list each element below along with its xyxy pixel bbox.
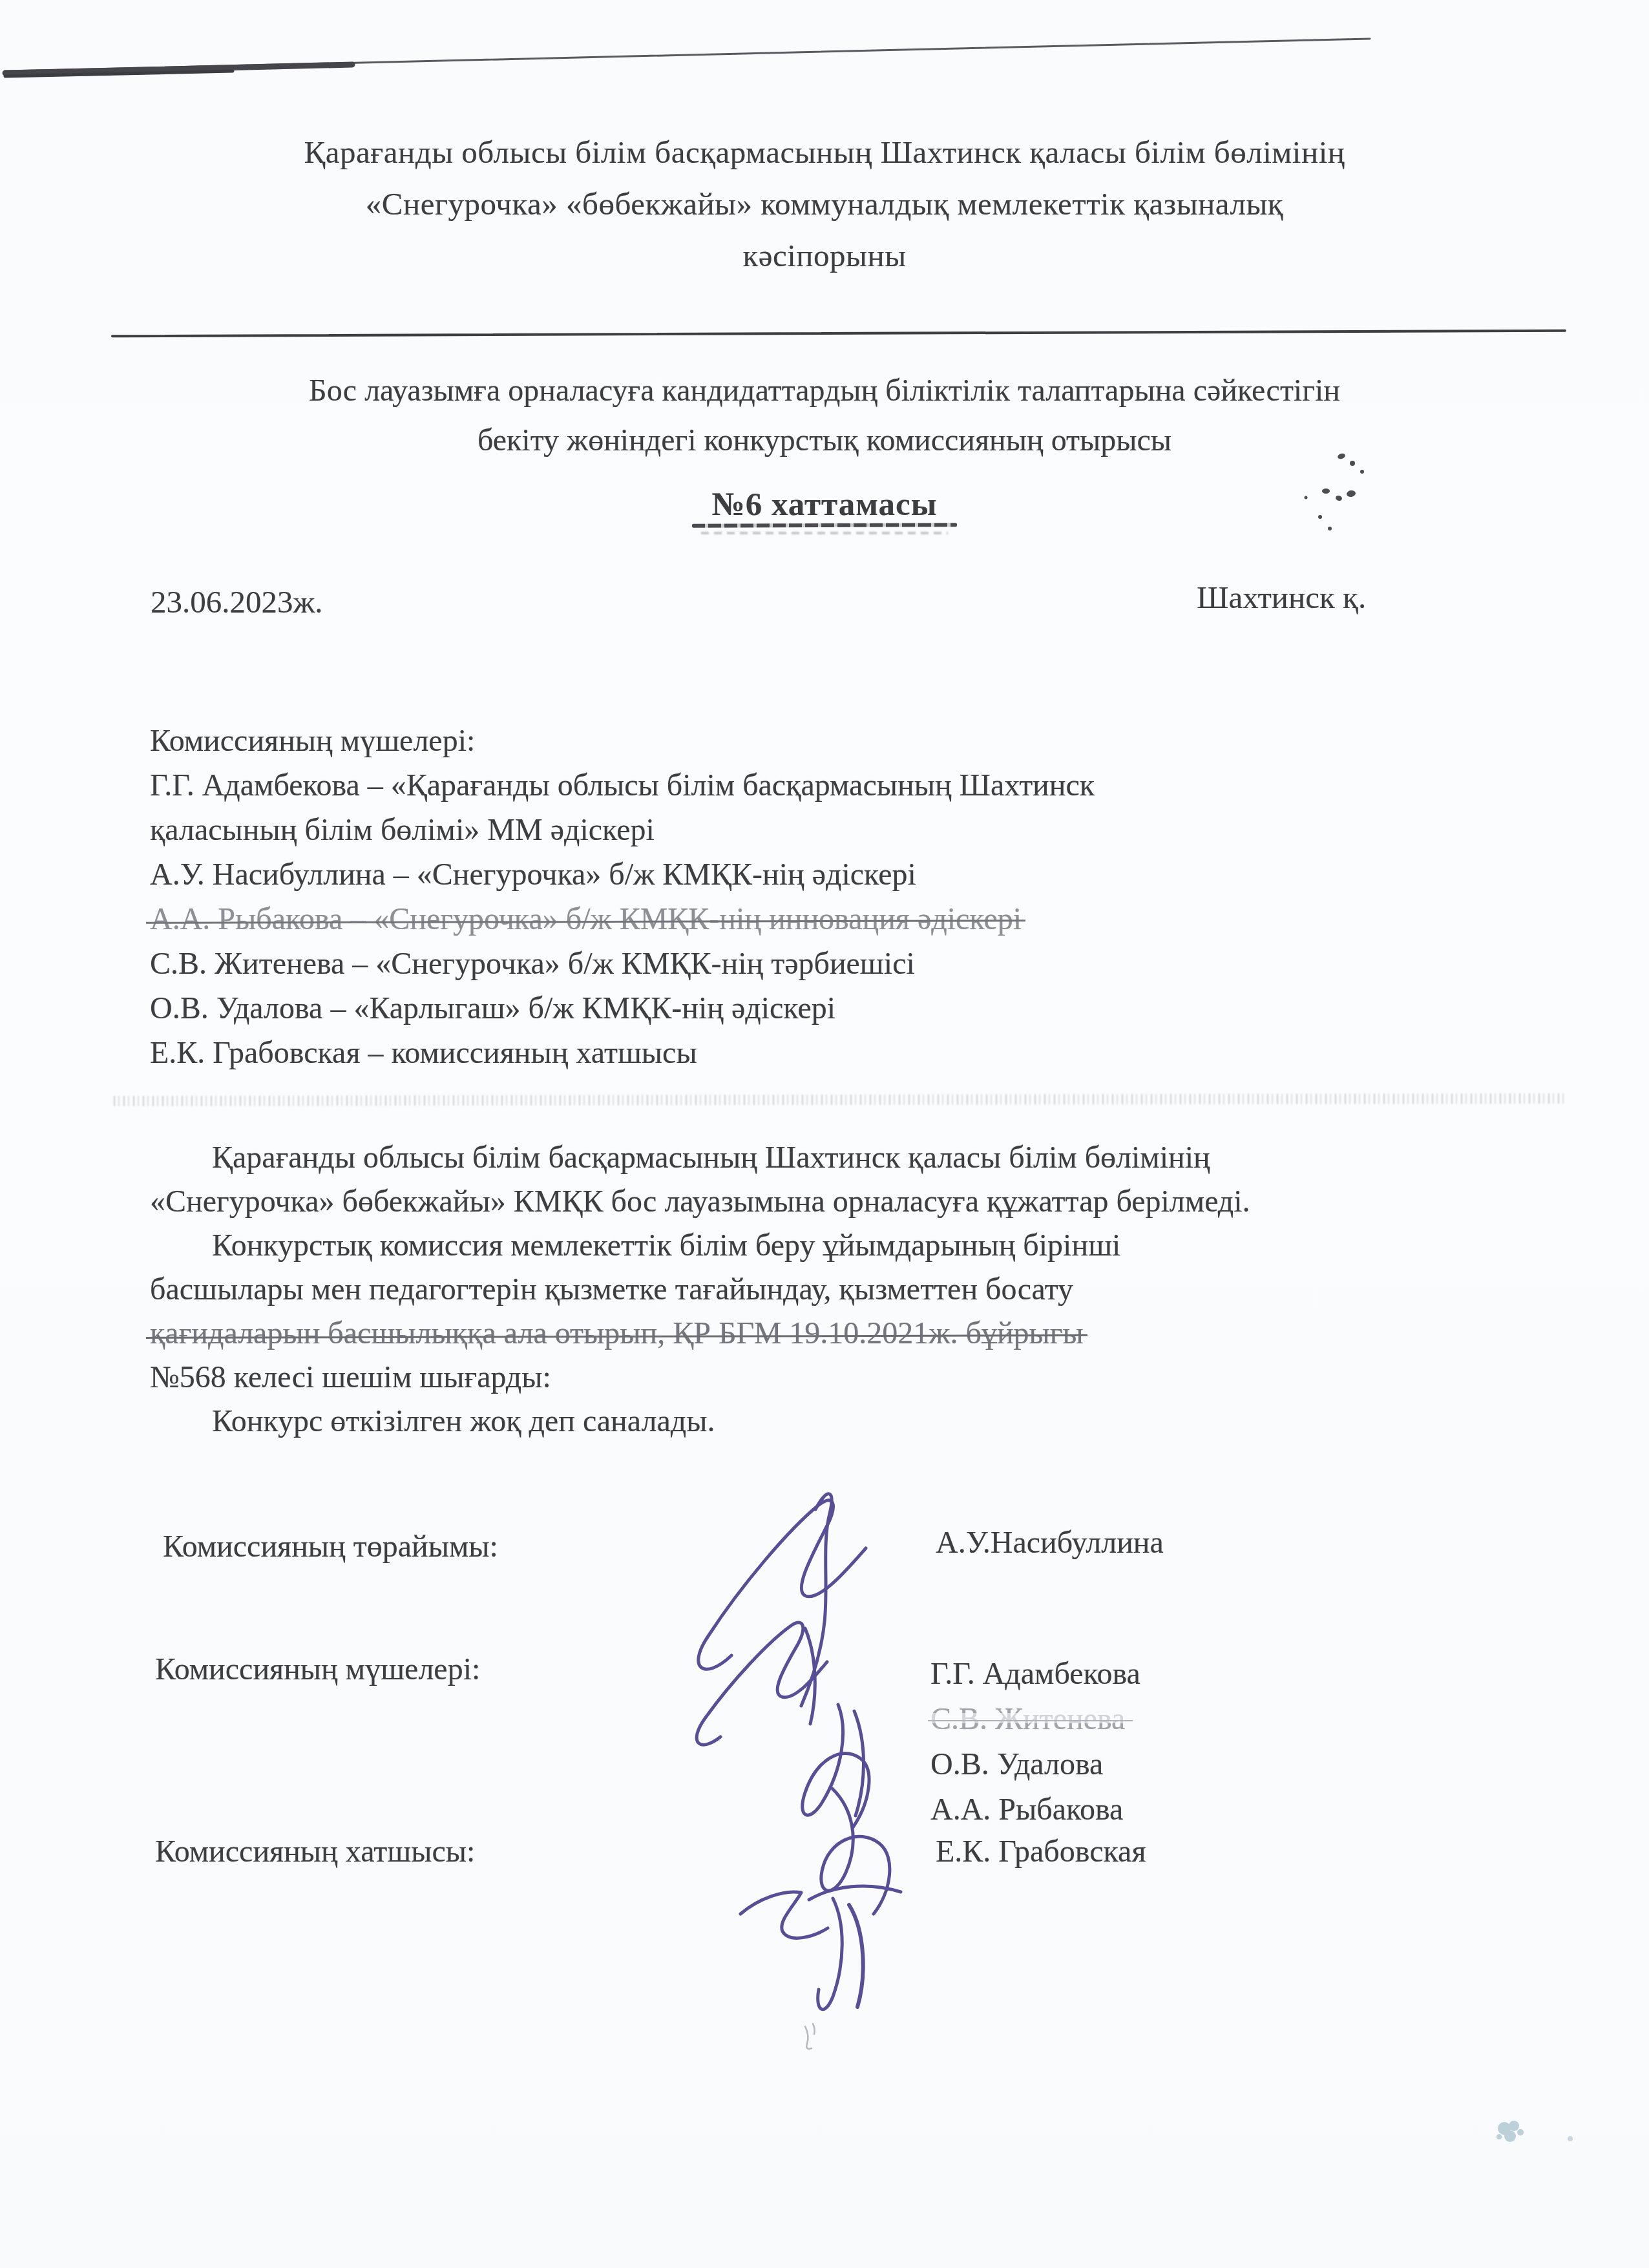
handwritten-signatures	[697, 1494, 901, 2010]
members-section: Комиссияның мүшелері: Г.Г. Адамбекова – …	[150, 719, 1095, 1075]
chair-signature-label: Комиссияның төрайымы:	[163, 1529, 498, 1564]
scan-edge-line	[5, 39, 1370, 76]
secretary-signature-name: Е.К. Грабовская	[936, 1834, 1146, 1869]
members-heading: Комиссияның мүшелері:	[150, 719, 1095, 763]
document-city: Шахтинск қ.	[1197, 579, 1366, 616]
signature-member-2-tail	[854, 1711, 864, 1816]
signature-secretary-tail	[849, 1905, 863, 2007]
signature-member-1	[697, 1622, 827, 1745]
body-line: №568 келесі шешім шығарды:	[150, 1356, 1250, 1400]
protocol-number-text: №6 хаттамасы	[711, 487, 937, 523]
chair-signature-name: А.У.Насибуллина	[936, 1525, 1164, 1560]
members-signature-label: Комиссияның мүшелері:	[155, 1652, 480, 1687]
member-line: О.В. Удалова – «Карлыгаш» б/ж КМҚК-нің ә…	[150, 986, 1095, 1031]
signature-chair	[698, 1500, 866, 1669]
body-line: Конкурстық комиссия мемлекеттік білім бе…	[150, 1224, 1250, 1268]
signature-secretary-loop	[818, 1898, 843, 2010]
header-line: «Снегурочка» «бөбекжайы» коммуналдық мем…	[0, 178, 1649, 230]
member-line: Е.К. Грабовская – комиссияның хатшысы	[150, 1031, 1095, 1075]
struck-body-text: қағидаларын басшылыққа ала отырып, ҚР БГ…	[150, 1312, 1084, 1356]
member-line-struck: А.А. Рыбакова – «Снегурочка» б/ж КМҚК-ні…	[150, 897, 1095, 941]
protocol-number-title: №6 хаттамасы	[0, 486, 1649, 534]
secretary-signature-label: Комиссияның хатшысы:	[155, 1834, 475, 1869]
member-line: Г.Г. Адамбекова – «Қарағанды облысы білі…	[150, 763, 1095, 808]
signature-member-3-flourish	[809, 1886, 901, 1900]
erased-text-smudge	[114, 1093, 1564, 1106]
signature-chair-tail	[801, 1494, 832, 1706]
body-line: «Снегурочка» бөбекжайы» КМҚК бос лауазым…	[150, 1180, 1250, 1224]
signature-secretary	[740, 1892, 828, 1938]
meeting-title: Бос лауазымға орналасуға кандидаттардың …	[0, 366, 1649, 465]
signature-name: А.А. Рыбакова	[930, 1787, 1140, 1832]
ink-and-artifact-layer	[0, 0, 1649, 2268]
member-line: А.У. Насибуллина – «Снегурочка» б/ж КМҚК…	[150, 852, 1095, 897]
whited-name-text: С.В. Житенева	[930, 1697, 1125, 1742]
organization-header: Қарағанды облысы білім басқармасының Шах…	[0, 127, 1649, 282]
scanned-document-page: Қарағанды облысы білім басқармасының Шах…	[0, 0, 1649, 2268]
member-line: қаласының білім бөлімі» ММ әдіскері	[150, 808, 1095, 852]
faint-squiggle-mark	[805, 2024, 815, 2049]
struck-member-text: А.А. Рыбакова – «Снегурочка» б/ж КМҚК-ні…	[150, 897, 1022, 941]
member-line: С.В. Житенева – «Снегурочка» б/ж КМҚК-ні…	[150, 941, 1095, 986]
body-line: Қарағанды облысы білім басқармасының Шах…	[150, 1136, 1250, 1180]
header-line: кәсіпорыны	[0, 230, 1649, 282]
meeting-title-line: бекіту жөніндегі конкурстық комиссияның …	[0, 415, 1649, 465]
body-line: Конкурс өткізілген жоқ деп саналады.	[150, 1400, 1250, 1444]
signature-name-whited: С.В. Житенева	[930, 1697, 1140, 1742]
horizontal-divider	[111, 330, 1566, 338]
signature-name: О.В. Удалова	[930, 1742, 1140, 1787]
signature-member-1-tail	[805, 1628, 815, 1724]
member-signature-names: Г.Г. Адамбекова С.В. Житенева О.В. Удало…	[930, 1652, 1140, 1832]
protocol-underline-ghost	[701, 532, 948, 534]
signature-member-2	[803, 1705, 869, 1827]
document-date: 23.06.2023ж.	[151, 583, 323, 620]
protocol-underline	[692, 523, 957, 527]
body-line: басшылары мен педагогтерін қызметке таға…	[150, 1268, 1250, 1312]
body-paragraphs: Қарағанды облысы білім басқармасының Шах…	[150, 1136, 1250, 1444]
signature-name: Г.Г. Адамбекова	[930, 1652, 1140, 1697]
header-line: Қарағанды облысы білім басқармасының Шах…	[0, 127, 1649, 178]
signature-member-3	[821, 1789, 890, 1914]
meeting-title-line: Бос лауазымға орналасуға кандидаттардың …	[0, 366, 1649, 415]
blue-ink-blot	[1497, 2121, 1573, 2142]
body-line-struck: қағидаларын басшылыққа ала отырып, ҚР БГ…	[150, 1312, 1250, 1356]
